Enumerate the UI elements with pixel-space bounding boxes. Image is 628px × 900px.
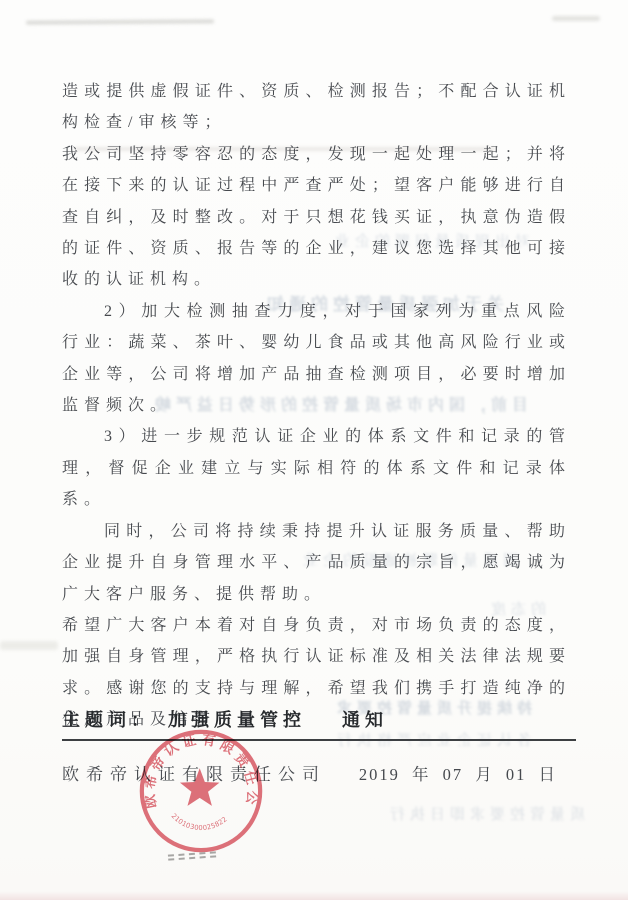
document-paragraph: 造或提供虚假证件、资质、检测报告；不配合认证机构检查/审核等； xyxy=(62,76,571,139)
scan-smudge xyxy=(552,16,600,21)
scanned-document-page: 对出现质量问题的企业 关于加强质量管控的通知 目前，国内市场质量管控的形势日益严… xyxy=(0,0,628,900)
pen-dash-mark xyxy=(168,849,217,861)
letter-body: 造或提供虚假证件、资质、检测报告；不配合认证机构检查/审核等； 我公司坚持零容忍… xyxy=(62,76,571,736)
svg-text:21010300025822: 21010300025822 xyxy=(170,812,230,832)
star-icon xyxy=(180,768,220,806)
scan-bottom-edge xyxy=(0,891,628,900)
scan-smudge xyxy=(0,641,58,650)
subject-doc-type: 通知 xyxy=(342,710,388,730)
seal-serial-number: 21010300025822 xyxy=(170,812,230,832)
document-paragraph: 同时，公司将持续秉持提升认证服务质量、帮助企业提升自身管理水平、产品质量的宗旨，… xyxy=(62,516,571,610)
official-seal: 欧希帝认证有限责任公司 21010300025822 xyxy=(136,726,266,856)
bleed-through-text: 质量管控要求即日执行 xyxy=(385,803,585,824)
signature-date: 2019 年 07 月 01 日 xyxy=(359,761,557,785)
document-paragraph: 3）进一步规范认证企业的体系文件和记录的管理，督促企业建立与实际相符的体系文件和… xyxy=(62,421,571,515)
document-paragraph: 我公司坚持零容忍的态度，发现一起处理一起；并将在接下来的认证过程中严查严处；望客… xyxy=(62,139,571,296)
document-paragraph: 2）加大检测抽查力度，对于国家列为重点风险行业：蔬菜、茶叶、婴幼儿食品或其他高风… xyxy=(62,296,571,422)
scan-smudge xyxy=(26,19,214,24)
